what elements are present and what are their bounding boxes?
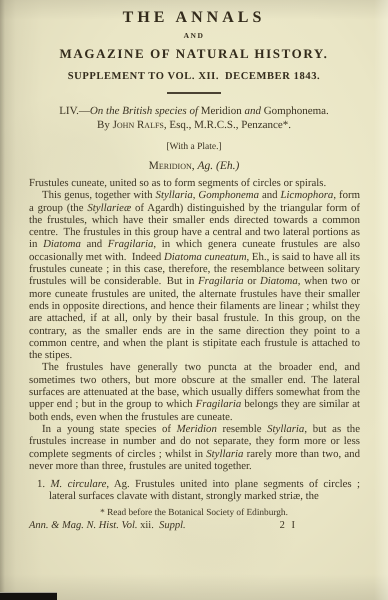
body-paragraph: The frustules have generally two puncta … <box>29 361 360 422</box>
journal-subtitle: MAGAZINE OF NATURAL HISTORY. <box>0 46 388 62</box>
journal-title: THE ANNALS <box>0 9 388 27</box>
species-entry: 1. M. circulare, Ag. Frustules united in… <box>37 478 360 503</box>
body-paragraph: This genus, together with Styllaria, Gom… <box>29 189 360 361</box>
masthead-conjunction: AND <box>0 31 388 40</box>
article: LIV.—On the British species of Meridion … <box>0 105 388 531</box>
masthead: THE ANNALS AND MAGAZINE OF NATURAL HISTO… <box>0 0 388 94</box>
page-signature: 2 I <box>280 520 297 531</box>
article-byline: By John Ralfs, Esq., M.R.C.S., Penzance*… <box>0 119 388 133</box>
footnote: * Read before the Botanical Society of E… <box>0 508 388 518</box>
scan-artifact <box>0 592 57 600</box>
article-body: Frustules cuneate, united so as to form … <box>29 177 360 503</box>
issue-line: SUPPLEMENT TO VOL. XII. DECEMBER 1843. <box>0 71 388 82</box>
diagnosis-paragraph: Frustules cuneate, united so as to form … <box>29 177 360 189</box>
journal-page: THE ANNALS AND MAGAZINE OF NATURAL HISTO… <box>0 0 388 600</box>
footer-citation: Ann. & Mag. N. Hist. Vol. xii. Suppl. <box>29 520 186 531</box>
scanned-journal-page: { "colors": { "paper": "#eae6c6", "ink":… <box>0 0 388 600</box>
body-paragraph: In a young state species of Meridion res… <box>29 423 360 472</box>
article-heading: LIV.—On the British species of Meridion … <box>24 105 364 119</box>
genus-heading: Meridion, Ag. (Eh.) <box>0 160 388 172</box>
plate-note: [With a Plate.] <box>0 142 388 152</box>
divider-rule <box>167 92 221 94</box>
page-footer: Ann. & Mag. N. Hist. Vol. xii. Suppl. 2 … <box>29 520 359 531</box>
